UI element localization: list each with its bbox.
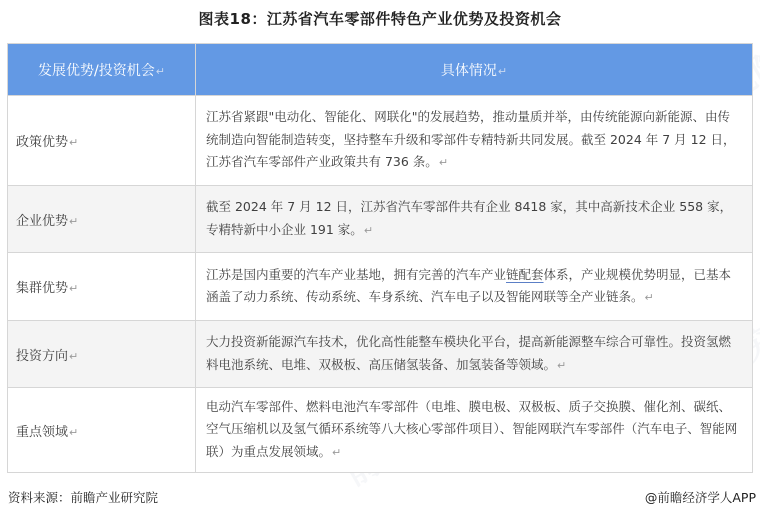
return-mark-icon: ↵ [69,350,78,363]
return-mark-icon: ↵ [439,156,448,169]
table-row: 政策优势↵ 江苏省紧跟"电动化、智能化、网联化"的发展趋势，推动量质并举，由传统… [8,96,753,186]
return-mark-icon: ↵ [69,282,78,295]
row-label: 集群优势↵ [8,253,196,321]
column-header-details: 具体情况↵ [196,44,753,96]
return-mark-icon: ↵ [364,224,373,237]
table-row: 集群优势↵ 江苏是国内重要的汽车产业基地，拥有完善的汽车产业链配套体系，产业规模… [8,253,753,321]
return-mark-icon: ↵ [498,65,507,78]
row-description: 电动汽车零部件、燃料电池汽车零部件（电堆、膜电极、双极板、质子交换膜、催化剂、碳… [196,388,753,473]
advantages-table: 发展优势/投资机会↵ 具体情况↵ 政策优势↵ 江苏省紧跟"电动化、智能化、网联化… [7,43,753,473]
row-description: 截至 2024 年 7 月 12 日，江苏省汽车零部件共有企业 8418 家，其… [196,186,753,253]
underlined-term: 链配套 [506,267,544,282]
return-mark-icon: ↵ [69,215,78,228]
table-row: 企业优势↵ 截至 2024 年 7 月 12 日，江苏省汽车零部件共有企业 84… [8,186,753,253]
return-mark-icon: ↵ [557,359,566,372]
row-description: 大力投资新能源汽车技术，优化高性能整车模块化平台，提高新能源整车综合可靠性。投资… [196,321,753,388]
credit-note: @前瞻经济学人APP [645,488,756,506]
row-description: 江苏是国内重要的汽车产业基地，拥有完善的汽车产业链配套体系，产业规模优势明显，已… [196,253,753,321]
row-label: 投资方向↵ [8,321,196,388]
table-header-row: 发展优势/投资机会↵ 具体情况↵ [8,44,753,96]
row-label: 企业优势↵ [8,186,196,253]
return-mark-icon: ↵ [645,291,654,304]
source-note: 资料来源：前瞻产业研究院 [8,488,158,506]
table-row: 投资方向↵ 大力投资新能源汽车技术，优化高性能整车模块化平台，提高新能源整车综合… [8,321,753,388]
return-mark-icon: ↵ [69,426,78,439]
row-label: 政策优势↵ [8,96,196,186]
figure-title: 图表18：江苏省汽车零部件特色产业优势及投资机会 [0,8,760,29]
return-mark-icon: ↵ [156,65,165,78]
return-mark-icon: ↵ [332,446,341,459]
return-mark-icon: ↵ [69,136,78,149]
column-header-advantage: 发展优势/投资机会↵ [8,44,196,96]
row-label: 重点领域↵ [8,388,196,473]
table-row: 重点领域↵ 电动汽车零部件、燃料电池汽车零部件（电堆、膜电极、双极板、质子交换膜… [8,388,753,473]
row-description: 江苏省紧跟"电动化、智能化、网联化"的发展趋势，推动量质并举，由传统能源向新能源… [196,96,753,186]
